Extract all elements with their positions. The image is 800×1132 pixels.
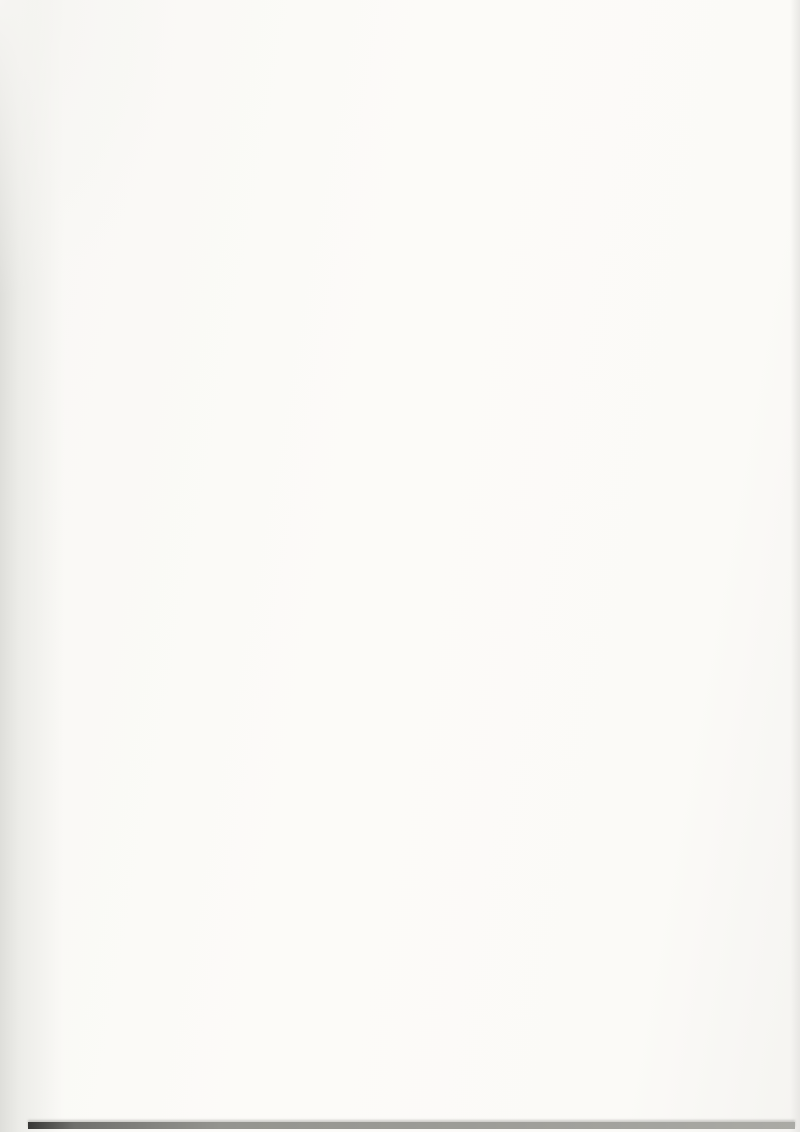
scan-shadow-bottom	[28, 1122, 795, 1129]
scan-highlight-topleft	[0, 0, 180, 300]
scan-shadow-right	[790, 0, 800, 1132]
scanned-page	[0, 0, 800, 1132]
toc-content	[72, 80, 738, 102]
